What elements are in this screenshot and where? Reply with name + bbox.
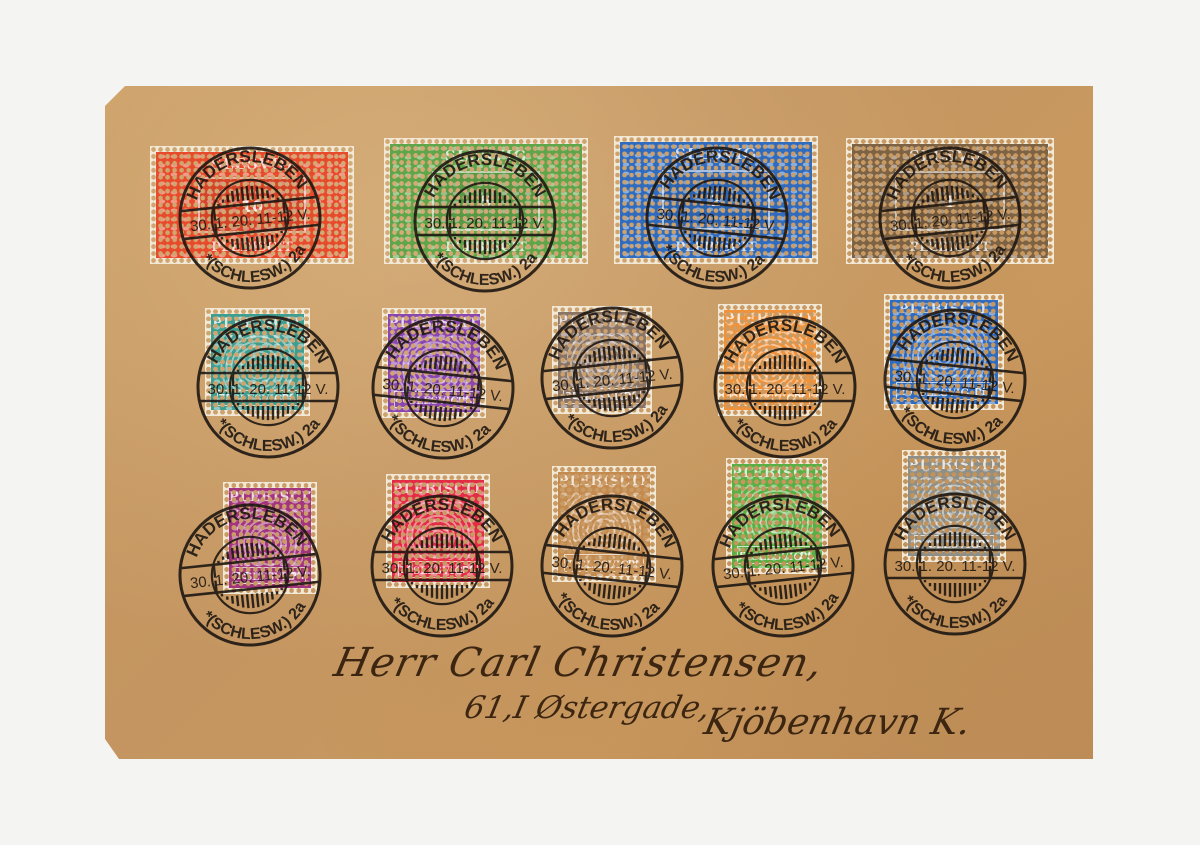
- postmark-region: *(SCHLESW.) 2a: [381, 411, 496, 462]
- postmark-cancellation: HADERSLEBEN*(SCHLESW.) 2a30. 1. 20. 11-1…: [706, 489, 860, 643]
- postmark-date: 30. 1. 20. 11-12 V.: [725, 381, 846, 398]
- postmark-cancellation: HADERSLEBEN*(SCHLESW.) 2a30. 1. 20. 11-1…: [708, 310, 862, 464]
- address-street: 61,I Østergade,: [461, 690, 713, 726]
- postmark-cancellation: HADERSLEBEN*(SCHLESW.) 2a30. 1. 20. 11-1…: [873, 141, 1027, 295]
- postmark-town: HADERSLEBEN: [711, 489, 845, 552]
- postmark-cancellation: HADERSLEBEN*(SCHLESW.) 2a30. 1. 20. 11-1…: [191, 310, 345, 464]
- postmark-region: *(SCHLESW.) 2a: [655, 241, 770, 292]
- postmark-town: HADERSLEBEN: [178, 141, 312, 204]
- postmark-region: *(SCHLESW.) 2a: [198, 598, 313, 649]
- postmark-cancellation: HADERSLEBEN*(SCHLESW.) 2a30. 1. 20. 11-1…: [878, 303, 1032, 457]
- postmark-region: *(SCHLESW.) 2a: [893, 403, 1008, 454]
- postmark-region: *(SCHLESW.) 2a: [198, 241, 313, 292]
- postmark-date: 30. 1. 20. 11-12 V.: [425, 215, 546, 232]
- postmark-cancellation: HADERSLEBEN*(SCHLESW.) 2a30. 1. 20. 11-1…: [535, 489, 689, 643]
- postmark-cancellation: HADERSLEBEN*(SCHLESW.) 2a30. 1. 20. 11-1…: [878, 487, 1032, 641]
- postmark-cancellation: HADERSLEBEN*(SCHLESW.) 2a30. 1. 20. 11-1…: [173, 498, 327, 652]
- postmark-region: *(SCHLESW.) 2a: [560, 401, 675, 452]
- postmark-region: *(SCHLESW.) 2a: [729, 416, 840, 456]
- postmark-cancellation: HADERSLEBEN*(SCHLESW.) 2a30. 1. 20. 11-1…: [365, 489, 519, 643]
- stamp-title: PLEBISCIT: [732, 466, 822, 481]
- postmark-date: 30. 1. 20. 11-12 V.: [208, 381, 329, 398]
- postmark-town: HADERSLEBEN: [540, 301, 674, 364]
- postmark-cancellation: HADERSLEBEN*(SCHLESW.) 2a30. 1. 20. 11-1…: [640, 141, 794, 295]
- postmark-region: *(SCHLESW.) 2a: [731, 589, 846, 640]
- postmark-region: *(SCHLESW.) 2a: [550, 589, 665, 640]
- postmark-region: *(SCHLESW.) 2a: [212, 416, 323, 456]
- postmark-cancellation: HADERSLEBEN*(SCHLESW.) 2a30. 1. 20. 11-1…: [408, 144, 562, 298]
- postmark-region: *(SCHLESW.) 2a: [899, 593, 1010, 633]
- postmark-town: HADERSLEBEN: [878, 141, 1012, 204]
- postmark-region: *(SCHLESW.) 2a: [429, 250, 540, 290]
- address-recipient: Herr Carl Christensen,: [330, 640, 827, 686]
- postmark-region: *(SCHLESW.) 2a: [386, 595, 497, 635]
- postmark-town: HADERSLEBEN: [178, 498, 312, 561]
- postmark-date: 30. 1. 20. 11-12 V.: [382, 560, 503, 577]
- postmark-cancellation: HADERSLEBEN*(SCHLESW.) 2a30. 1. 20. 11-1…: [366, 311, 520, 465]
- postmark-date: 30. 1. 20. 11-12 V.: [895, 558, 1016, 575]
- postmark-cancellation: HADERSLEBEN*(SCHLESW.) 2a30. 1. 20. 11-1…: [173, 141, 327, 295]
- stamp-title: PLEBISCIT: [558, 474, 650, 489]
- postmark-cancellation: HADERSLEBEN*(SCHLESW.) 2a30. 1. 20. 11-1…: [535, 301, 689, 455]
- address-city: Kjöbenhavn K.: [701, 702, 975, 743]
- stamp-title: PLEBISCIT: [908, 458, 1000, 473]
- postmark-region: *(SCHLESW.) 2a: [898, 241, 1013, 292]
